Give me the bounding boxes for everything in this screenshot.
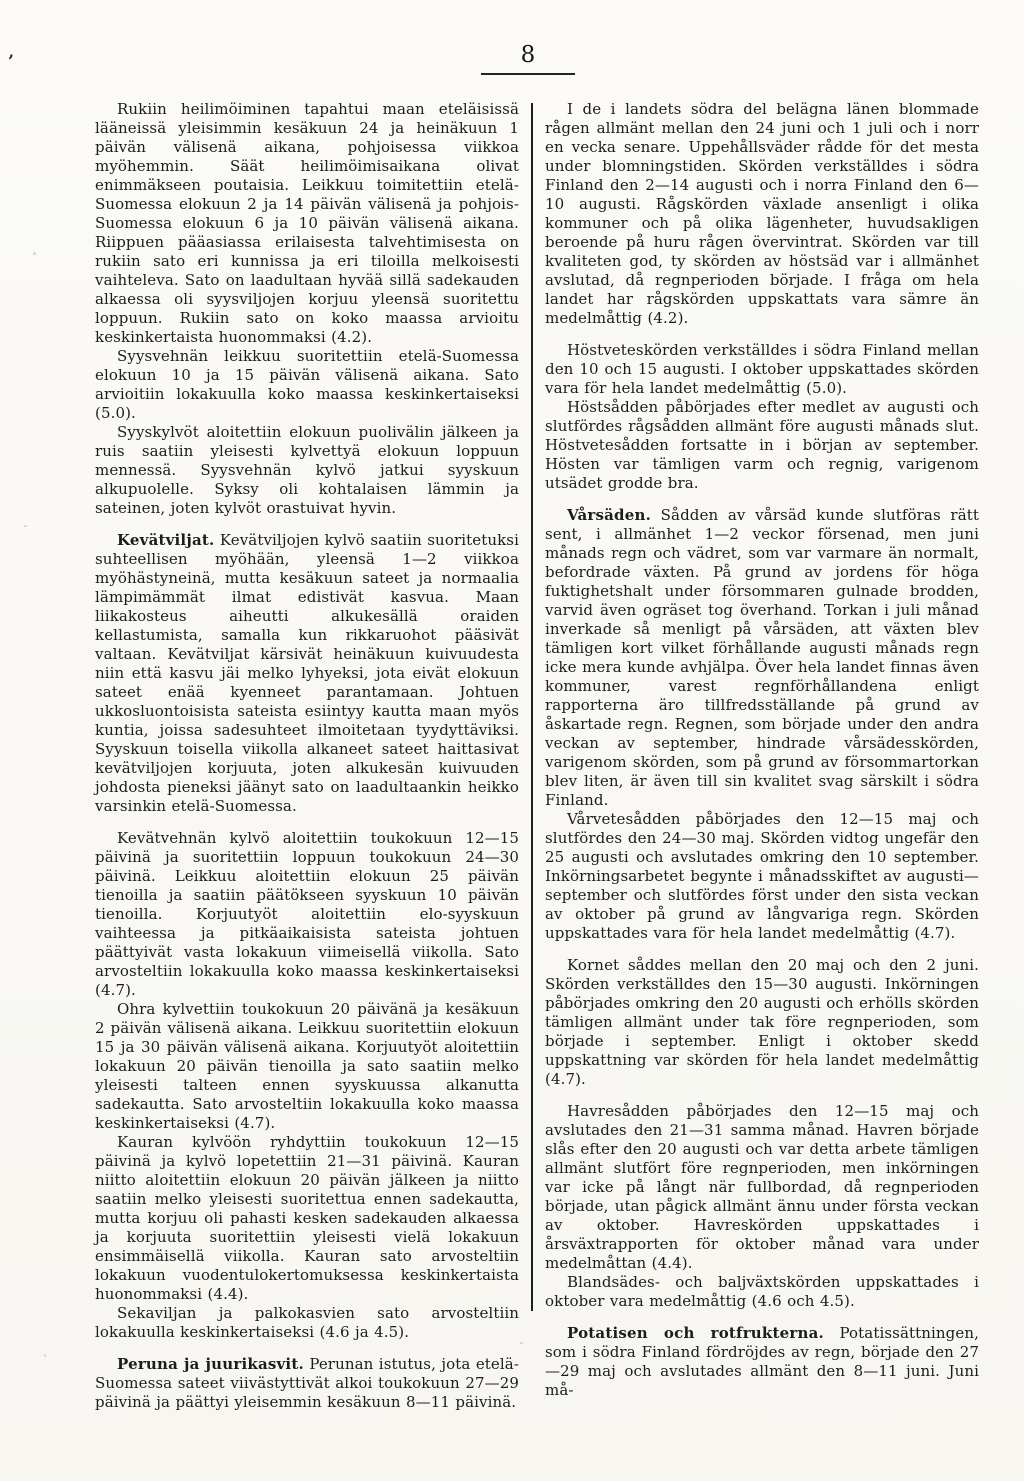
paragraph-spring-wheat-finnish: Kevätvehnän kylvö aloitettiin toukokuun … — [95, 829, 519, 1000]
paragraph-mixed-grain-finnish: Sekaviljan ja palkokasvien sato arvostel… — [95, 1304, 519, 1342]
paragraph-text: Sådden av vårsäd kunde slutföras rätt se… — [545, 506, 979, 809]
page-number: 8 — [481, 42, 575, 68]
paragraph-oats-finnish: Kauran kylvöön ryhdyttiin toukokuun 12—1… — [95, 1133, 519, 1304]
paragraph-autumn-sowing-swedish: Höstsådden påbörjades efter medlet av au… — [545, 398, 979, 493]
paragraph-autumn-sowing-finnish: Syyskylvöt aloitettiin elokuun puoliväli… — [95, 423, 519, 518]
scanned-document-page: ’ 8 Rukiin heilimöiminen tapahtui maan e… — [0, 0, 1024, 1481]
paragraph-potato-roots-finnish: Peruna ja juurikasvit. Perunan istutus, … — [95, 1355, 519, 1412]
swedish-column: I de i landets södra del belägna länen b… — [545, 100, 979, 1400]
paragraph-oats-swedish: Havresådden påbörjades den 12—15 maj och… — [545, 1102, 979, 1273]
paragraph-spring-cereals-finnish: Kevätviljat. Kevätviljojen kylvö saatiin… — [95, 531, 519, 816]
page-header: 8 — [481, 42, 575, 75]
paragraph-spring-wheat-swedish: Vårvetesådden påbörjades den 12—15 maj o… — [545, 810, 979, 943]
finnish-column: Rukiin heilimöiminen tapahtui maan etelä… — [95, 100, 519, 1412]
paragraph-winter-wheat-swedish: Höstveteskörden verkställdes i södra Fin… — [545, 341, 979, 398]
paragraph-winter-wheat-finnish: Syysvehnän leikkuu suoritettiin etelä-Su… — [95, 347, 519, 423]
paragraph-heading: Vårsäden. — [567, 506, 651, 524]
paragraph-heading: Kevätviljat. — [117, 531, 214, 549]
paragraph-text: Kevätviljojen kylvö saatiin suoritetuksi… — [95, 531, 519, 815]
paragraph-barley-finnish: Ohra kylvettiin toukokuun 20 päivänä ja … — [95, 1000, 519, 1133]
paragraph-rye-swedish: I de i landets södra del belägna länen b… — [545, 100, 979, 328]
scan-stray-mark: ’ — [8, 52, 14, 72]
paragraph-mixed-grain-swedish: Blandsädes- och baljväxtskörden uppskatt… — [545, 1273, 979, 1311]
scan-speck — [44, 1354, 46, 1357]
column-divider-rule — [531, 103, 533, 1311]
paragraph-barley-swedish: Kornet såddes mellan den 20 maj och den … — [545, 956, 979, 1089]
scan-speck — [33, 252, 36, 255]
paragraph-rye-finnish: Rukiin heilimöiminen tapahtui maan etelä… — [95, 100, 519, 347]
scan-speck — [520, 1342, 523, 1344]
two-column-text-block: Rukiin heilimöiminen tapahtui maan etelä… — [95, 100, 979, 1412]
paragraph-potato-roots-swedish: Potatisen och rotfrukterna. Potatissättn… — [545, 1324, 979, 1400]
scan-speck — [24, 525, 27, 527]
paragraph-heading: Potatisen och rotfrukterna. — [567, 1324, 824, 1342]
paragraph-heading: Peruna ja juurikasvit. — [117, 1355, 304, 1373]
paragraph-spring-cereals-swedish: Vårsäden. Sådden av vårsäd kunde slutför… — [545, 506, 979, 810]
